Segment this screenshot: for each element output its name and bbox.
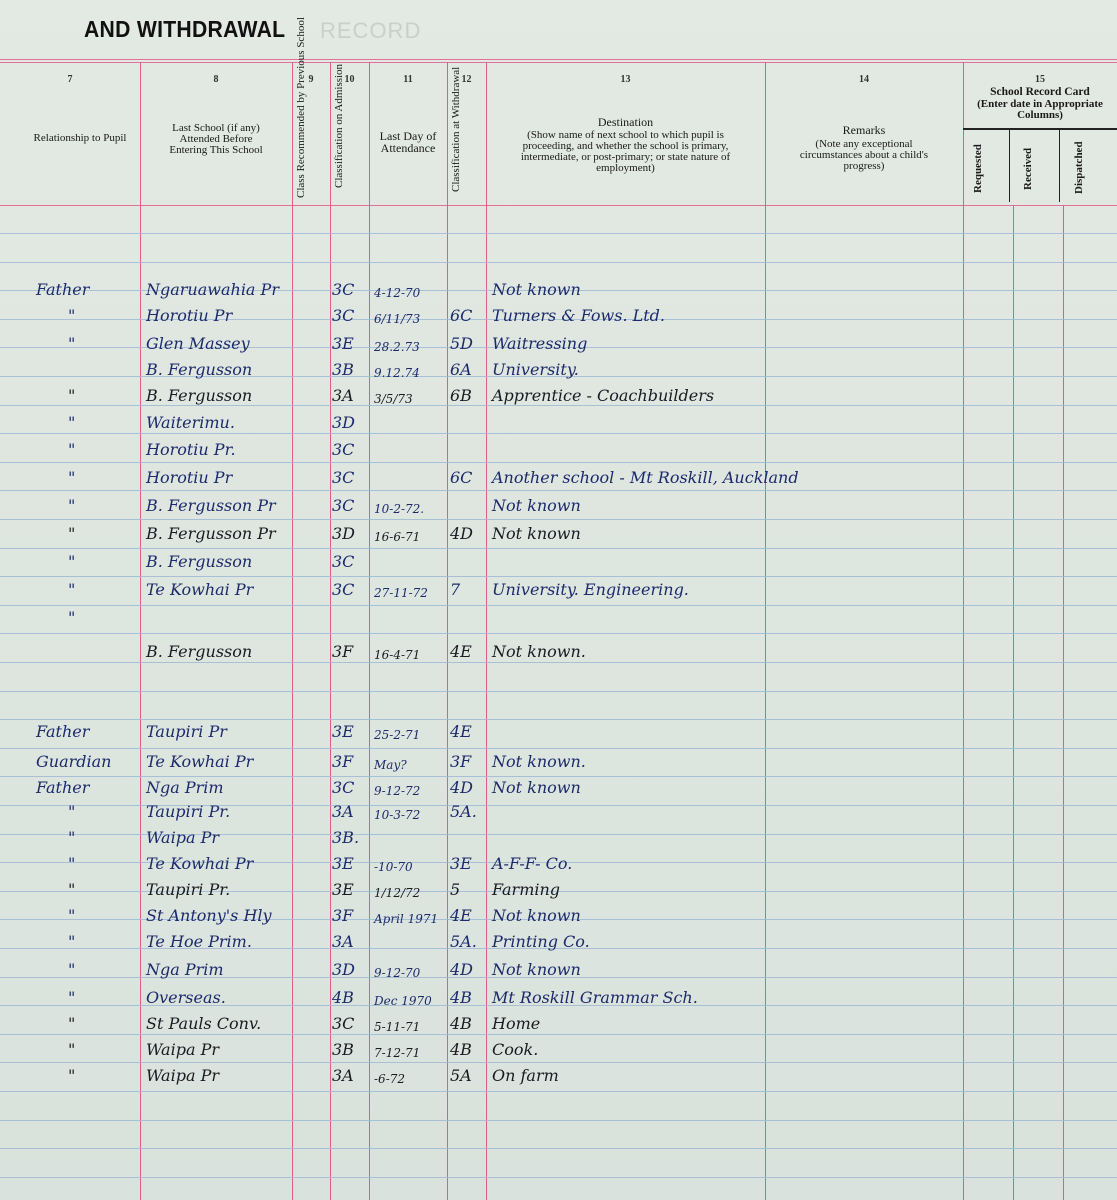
table-row: "Glen Massey3E28.2.735DWaitressing (0, 334, 1117, 358)
col-number: 8 (140, 74, 292, 85)
cell-last-school: Taupiri Pr. (146, 802, 230, 822)
table-row: B. Fergusson3F16-4-714ENot known. (0, 642, 1117, 666)
table-row: "Te Kowhai Pr3C27-11-727University. Engi… (0, 580, 1117, 604)
col-header-dispatched: Dispatched (1074, 136, 1098, 200)
cell-admission: 3C (332, 306, 354, 326)
cell-last-school: Te Hoe Prim. (146, 932, 252, 952)
cell-relationship: " (68, 880, 75, 900)
table-row: "Waipa Pr3B7-12-714BCook. (0, 1040, 1117, 1064)
cell-withdrawal: 4E (450, 906, 472, 926)
table-row: "Te Hoe Prim.3A5A.Printing Co. (0, 932, 1117, 956)
cell-withdrawal: 4B (450, 988, 472, 1008)
cell-withdrawal: 3F (450, 752, 471, 772)
cell-destination: Not known (492, 524, 581, 544)
cell-withdrawal: 5D (450, 334, 473, 354)
table-row: "Taupiri Pr.3A10-3-725A. (0, 802, 1117, 826)
cell-relationship: " (68, 988, 75, 1008)
cell-withdrawal: 4E (450, 722, 472, 742)
ruled-line (0, 233, 1117, 234)
cell-last-school: B. Fergusson Pr (146, 524, 276, 544)
cell-destination: Not known. (492, 752, 586, 772)
col-header-admission: Classification on Admission (334, 96, 364, 188)
cell-last-day: 4-12-70 (374, 283, 420, 303)
cell-relationship: " (68, 960, 75, 980)
cell-withdrawal: 5A. (450, 802, 477, 822)
cell-last-school: Waipa Pr (146, 828, 219, 848)
cell-last-school: Horotiu Pr (146, 468, 232, 488)
cell-withdrawal: 4E (450, 642, 472, 662)
col-number: 14 (765, 74, 963, 85)
table-row: FatherNga Prim3C9-12-724DNot known (0, 778, 1117, 802)
cell-destination: Cook. (492, 1040, 538, 1060)
ruled-line (0, 576, 1117, 577)
table-row: FatherTaupiri Pr3E25-2-714E (0, 722, 1117, 746)
cell-last-day: 10-2-72. (374, 499, 424, 519)
register-page: RECORD AND WITHDRAWAL 7 Relationship to … (0, 0, 1117, 1200)
cell-withdrawal: 6C (450, 306, 472, 326)
cell-withdrawal: 6C (450, 468, 472, 488)
cell-last-school: Te Kowhai Pr (146, 752, 253, 772)
cell-withdrawal: 4D (450, 778, 473, 798)
record-card-subdivider (1059, 130, 1060, 202)
cell-relationship: Guardian (36, 752, 111, 772)
cell-last-school: B. Fergusson (146, 386, 252, 406)
cell-admission: 3D (332, 524, 355, 544)
cell-last-day: May? (374, 755, 407, 775)
cell-admission: 3C (332, 778, 354, 798)
table-row: "St Pauls Conv.3C5-11-714BHome (0, 1014, 1117, 1038)
cell-destination: Apprentice - Coachbuilders (492, 386, 714, 406)
table-row: "Waipa Pr3B. (0, 828, 1117, 852)
col-header-requested: Requested (973, 138, 997, 200)
cell-relationship: " (68, 468, 75, 488)
ghost-title-bleedthrough: RECORD (320, 18, 421, 44)
cell-admission: 4B (332, 988, 354, 1008)
cell-withdrawal: 4D (450, 960, 473, 980)
cell-last-school: B. Fergusson Pr (146, 496, 276, 516)
table-row: "B. Fergusson Pr3D16-6-714DNot known (0, 524, 1117, 548)
col-number: 13 (486, 74, 765, 85)
table-row: "Horotiu Pr.3C (0, 440, 1117, 464)
ruled-line (0, 1148, 1117, 1149)
table-row: GuardianTe Kowhai Pr3FMay?3FNot known. (0, 752, 1117, 776)
cell-relationship: " (68, 906, 75, 926)
cell-admission: 3D (332, 413, 355, 433)
cell-last-school: B. Fergusson (146, 360, 252, 380)
cell-withdrawal: 6A (450, 360, 472, 380)
cell-admission: 3A (332, 386, 354, 406)
cell-last-school: B. Fergusson (146, 642, 252, 662)
cell-destination: A-F-F- Co. (492, 854, 572, 874)
table-row: "Nga Prim3D9-12-704DNot known (0, 960, 1117, 984)
cell-destination: Farming (492, 880, 560, 900)
cell-last-day: Dec 1970 (374, 991, 432, 1011)
cell-admission: 3E (332, 722, 354, 742)
cell-last-day: 7-12-71 (374, 1043, 420, 1063)
cell-last-school: Horotiu Pr. (146, 440, 236, 460)
header-top-line-2 (0, 62, 1117, 63)
ruled-line (0, 633, 1117, 634)
cell-destination: Not known (492, 960, 581, 980)
cell-last-day: -6-72 (374, 1069, 405, 1089)
table-row: B. Fergusson3B9.12.746AUniversity. (0, 360, 1117, 384)
cell-last-school: Taupiri Pr. (146, 880, 230, 900)
cell-relationship: " (68, 496, 75, 516)
table-row: "Waiterimu.3D (0, 413, 1117, 437)
cell-destination: Home (492, 1014, 540, 1034)
col-header-withdrawal: Classification at Withdrawal (451, 96, 481, 192)
ruled-line (0, 262, 1117, 263)
cell-withdrawal: 5A (450, 1066, 472, 1086)
cell-relationship: " (68, 854, 75, 874)
cell-last-day: 16-4-71 (374, 645, 420, 665)
cell-admission: 3B (332, 360, 354, 380)
col-header-class-recommended: Class Recommended by Previous School (296, 86, 326, 198)
cell-last-day: 1/12/72 (374, 883, 420, 903)
cell-last-school: Te Kowhai Pr (146, 854, 253, 874)
cell-admission: 3F (332, 906, 353, 926)
cell-relationship: " (68, 334, 75, 354)
table-row: "Horotiu Pr3C6CAnother school - Mt Roski… (0, 468, 1117, 492)
cell-last-school: Waipa Pr (146, 1040, 219, 1060)
cell-relationship: Father (36, 280, 89, 300)
cell-last-day: 28.2.73 (374, 337, 420, 357)
cell-relationship: " (68, 1040, 75, 1060)
cell-last-day: 25-2-71 (374, 725, 420, 745)
ruled-line (0, 1091, 1117, 1092)
record-card-subdivider (1009, 130, 1010, 202)
col-header-remarks: (Note any exceptional circumstances abou… (795, 139, 933, 172)
cell-relationship: " (68, 440, 75, 460)
cell-withdrawal: 7 (450, 580, 460, 600)
cell-admission: 3F (332, 752, 353, 772)
cell-last-school: B. Fergusson (146, 552, 252, 572)
cell-last-school: Nga Prim (146, 960, 224, 980)
col-header-relationship: Relationship to Pupil (30, 133, 130, 144)
cell-destination: Another school - Mt Roskill, Auckland (492, 468, 799, 488)
cell-destination: Not known (492, 778, 581, 798)
cell-last-day: 3/5/73 (374, 389, 413, 409)
cell-admission: 3F (332, 642, 353, 662)
cell-last-school: Overseas. (146, 988, 226, 1008)
cell-last-day: 10-3-72 (374, 805, 420, 825)
cell-admission: 3C (332, 1014, 354, 1034)
cell-admission: 3B (332, 1040, 354, 1060)
cell-relationship: " (68, 932, 75, 952)
page-title: AND WITHDRAWAL (84, 16, 285, 43)
cell-admission: 3A (332, 1066, 354, 1086)
cell-admission: 3B. (332, 828, 359, 848)
cell-last-school: Ngaruawahia Pr (146, 280, 279, 300)
cell-admission: 3A (332, 802, 354, 822)
cell-last-day: 5-11-71 (374, 1017, 420, 1037)
cell-admission: 3C (332, 280, 354, 300)
cell-last-day: 16-6-71 (374, 527, 420, 547)
table-row: " (0, 608, 1117, 632)
cell-destination: Printing Co. (492, 932, 590, 952)
cell-withdrawal: 4B (450, 1040, 472, 1060)
header-top-line (0, 59, 1117, 60)
table-row: "B. Fergusson3A3/5/736BApprentice - Coac… (0, 386, 1117, 410)
cell-relationship: " (68, 828, 75, 848)
record-card-divider (963, 128, 1117, 130)
ruled-line (0, 605, 1117, 606)
cell-admission: 3C (332, 496, 354, 516)
cell-relationship: Father (36, 722, 89, 742)
cell-destination: Not known (492, 280, 581, 300)
cell-last-school: Taupiri Pr (146, 722, 227, 742)
cell-relationship: " (68, 413, 75, 433)
cell-destination: Not known (492, 496, 581, 516)
cell-destination: Turners & Fows. Ltd. (492, 306, 665, 326)
cell-last-day: 27-11-72 (374, 583, 428, 603)
cell-destination: University. (492, 360, 579, 380)
col-header-received: Received (1023, 138, 1047, 200)
cell-last-school: Te Kowhai Pr (146, 580, 253, 600)
cell-withdrawal: 5 (450, 880, 460, 900)
cell-relationship: " (68, 524, 75, 544)
cell-destination: Waitressing (492, 334, 587, 354)
cell-admission: 3C (332, 580, 354, 600)
ruled-line (0, 1177, 1117, 1178)
col-header-last-school: Last School (if any) Attended Before Ent… (160, 123, 272, 156)
table-row: "Te Kowhai Pr3E-10-703EA-F-F- Co. (0, 854, 1117, 878)
col-number: 11 (369, 74, 447, 85)
table-row: "Horotiu Pr3C6/11/736CTurners & Fows. Lt… (0, 306, 1117, 330)
cell-last-school: Nga Prim (146, 778, 224, 798)
cell-withdrawal: 3E (450, 854, 472, 874)
table-row: "B. Fergusson Pr3C10-2-72.Not known (0, 496, 1117, 520)
col-header-record-card: (Enter date in Appropriate Columns) (976, 99, 1104, 121)
cell-last-school: Glen Massey (146, 334, 250, 354)
cell-last-day: 9.12.74 (374, 363, 420, 383)
col-header-record-card-title: School Record Card (966, 87, 1114, 98)
ruled-line (0, 548, 1117, 549)
table-row: "B. Fergusson3C (0, 552, 1117, 576)
col-header-destination: (Show name of next school to which pupil… (500, 130, 751, 174)
cell-last-day: April 1971 (374, 909, 438, 929)
col-number: 7 (0, 74, 140, 85)
cell-last-school: Waiterimu. (146, 413, 235, 433)
cell-admission: 3E (332, 880, 354, 900)
col-header-last-day: Last Day of Attendance (375, 130, 441, 154)
cell-relationship: Father (36, 778, 89, 798)
table-row: "Waipa Pr3A-6-725AOn farm (0, 1066, 1117, 1090)
cell-admission: 3C (332, 468, 354, 488)
cell-admission: 3C (332, 552, 354, 572)
table-row: FatherNgaruawahia Pr3C4-12-70Not known (0, 280, 1117, 304)
cell-destination: Not known. (492, 642, 586, 662)
col-number: 15 (963, 74, 1117, 85)
cell-withdrawal: 5A. (450, 932, 477, 952)
table-row: "Taupiri Pr.3E1/12/725Farming (0, 880, 1117, 904)
ruled-line (0, 748, 1117, 749)
cell-relationship: " (68, 552, 75, 572)
col-header-destination-title: Destination (496, 117, 755, 128)
table-row: "Overseas.4BDec 19704BMt Roskill Grammar… (0, 988, 1117, 1012)
header-bottom-line (0, 205, 1117, 206)
cell-destination: Not known (492, 906, 581, 926)
cell-last-day: 9-12-70 (374, 963, 420, 983)
cell-last-school: Waipa Pr (146, 1066, 219, 1086)
cell-relationship: " (68, 580, 75, 600)
cell-withdrawal: 4B (450, 1014, 472, 1034)
cell-relationship: " (68, 802, 75, 822)
cell-relationship: " (68, 386, 75, 406)
cell-admission: 3E (332, 334, 354, 354)
cell-admission: 3D (332, 960, 355, 980)
cell-last-school: Horotiu Pr (146, 306, 232, 326)
cell-last-day: 9-12-72 (374, 781, 420, 801)
table-row: "St Antony's Hly3FApril 19714ENot known (0, 906, 1117, 930)
cell-last-school: St Antony's Hly (146, 906, 272, 926)
cell-last-day: -10-70 (374, 857, 413, 877)
cell-last-day: 6/11/73 (374, 309, 420, 329)
cell-relationship: " (68, 1066, 75, 1086)
ruled-line (0, 691, 1117, 692)
cell-withdrawal: 4D (450, 524, 473, 544)
cell-admission: 3A (332, 932, 354, 952)
col-header-remarks-title: Remarks (800, 125, 928, 136)
cell-relationship: " (68, 306, 75, 326)
cell-admission: 3C (332, 440, 354, 460)
cell-relationship: " (68, 1014, 75, 1034)
cell-last-school: St Pauls Conv. (146, 1014, 261, 1034)
cell-admission: 3E (332, 854, 354, 874)
cell-destination: University. Engineering. (492, 580, 689, 600)
cell-destination: On farm (492, 1066, 559, 1086)
ruled-line (0, 719, 1117, 720)
ruled-line (0, 1120, 1117, 1121)
cell-withdrawal: 6B (450, 386, 472, 406)
cell-destination: Mt Roskill Grammar Sch. (492, 988, 698, 1008)
ruled-line (0, 776, 1117, 777)
cell-relationship: " (68, 608, 75, 628)
